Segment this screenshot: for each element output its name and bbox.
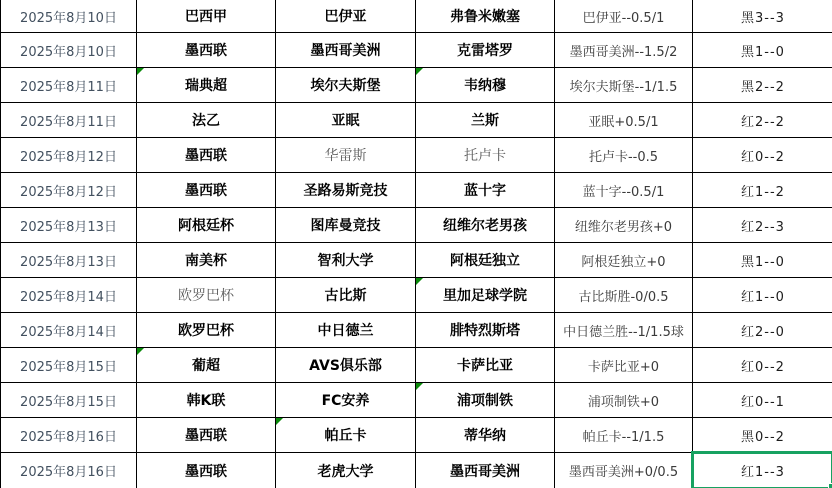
cell-league-text: 韩K联 <box>187 390 226 410</box>
error-triangle-icon <box>137 68 144 75</box>
cell-league-text: 欧罗巴杯 <box>178 285 234 305</box>
cell-date-text: 2025年8月16日 <box>20 426 117 445</box>
cell-date-text: 2025年8月14日 <box>20 286 117 305</box>
cell-league[interactable]: 巴西甲 <box>137 0 276 33</box>
cell-league[interactable]: 瑞典超 <box>137 68 276 103</box>
cell-result-text: 黑3--3 <box>741 7 785 26</box>
cell-league[interactable]: 南美杯 <box>137 243 276 278</box>
cell-handicap[interactable]: 墨西哥美洲+0/0.5 <box>555 453 693 488</box>
screenshot-stage: 2025年8月10日巴西甲巴伊亚弗鲁米嫩塞巴伊亚--0.5/1黑3--32025… <box>0 0 832 488</box>
cell-league-text: 墨西联 <box>185 461 227 481</box>
cell-home-team[interactable]: 巴伊亚 <box>276 0 416 33</box>
cell-handicap-text: 纽维尔老男孩+0 <box>575 216 672 235</box>
cell-away-team[interactable]: 卡萨比亚 <box>416 348 555 383</box>
cell-league-text: 墨西联 <box>185 425 227 445</box>
cell-date-text: 2025年8月13日 <box>20 251 117 270</box>
cell-result[interactable]: 红0--2 <box>693 348 832 383</box>
cell-league[interactable]: 欧罗巴杯 <box>137 278 276 313</box>
cell-result-text: 黑1--0 <box>741 251 785 270</box>
cell-handicap[interactable]: 埃尔夫斯堡--1/1.5 <box>555 68 693 103</box>
cell-away-team-text: 托卢卡 <box>464 145 506 165</box>
cell-result-text: 红2--2 <box>741 111 785 130</box>
cell-result[interactable]: 红1--3 <box>693 453 832 488</box>
cell-league[interactable]: 墨西联 <box>137 138 276 173</box>
cell-handicap[interactable]: 帕丘卡--1/1.5 <box>555 418 693 453</box>
cell-result-text: 红0--1 <box>741 391 785 410</box>
cell-away-team[interactable]: 墨西哥美洲 <box>416 453 555 488</box>
cell-date[interactable]: 2025年8月11日 <box>1 68 137 103</box>
cell-date[interactable]: 2025年8月13日 <box>1 208 137 243</box>
cell-handicap-text: 帕丘卡--1/1.5 <box>583 426 665 445</box>
cell-home-team[interactable]: 亚眠 <box>276 103 416 138</box>
cell-date[interactable]: 2025年8月15日 <box>1 383 137 418</box>
cell-handicap[interactable]: 中日德兰胜--1/1.5球 <box>555 313 693 348</box>
cell-handicap[interactable]: 巴伊亚--0.5/1 <box>555 0 693 33</box>
cell-date-text: 2025年8月15日 <box>20 391 117 410</box>
cell-away-team[interactable]: 托卢卡 <box>416 138 555 173</box>
cell-away-team-text: 克雷塔罗 <box>457 40 513 60</box>
cell-result-text: 黑2--2 <box>741 76 785 95</box>
cell-away-team-text: 阿根廷独立 <box>450 250 520 270</box>
cell-date[interactable]: 2025年8月16日 <box>1 453 137 488</box>
cell-date[interactable]: 2025年8月13日 <box>1 243 137 278</box>
cell-home-team[interactable]: FC安养 <box>276 383 416 418</box>
cell-league[interactable]: 墨西联 <box>137 453 276 488</box>
cell-handicap[interactable]: 古比斯胜-0/0.5 <box>555 278 693 313</box>
cell-home-team[interactable]: 帕丘卡 <box>276 418 416 453</box>
cell-home-team-text: 帕丘卡 <box>325 425 367 445</box>
cell-handicap-text: 墨西哥美洲--1.5/2 <box>570 41 678 60</box>
error-triangle-icon <box>416 383 423 390</box>
cell-result[interactable]: 黑1--0 <box>693 33 832 68</box>
cell-date[interactable]: 2025年8月12日 <box>1 138 137 173</box>
cell-away-team[interactable]: 弗鲁米嫩塞 <box>416 0 555 33</box>
cell-home-team-text: AVS俱乐部 <box>309 355 382 375</box>
cell-away-team-text: 腓特烈斯塔 <box>450 320 520 340</box>
cell-home-team-text: 亚眠 <box>332 110 360 130</box>
cell-league-text: 阿根廷杯 <box>178 215 234 235</box>
cell-away-team-text: 韦纳穆 <box>464 75 506 95</box>
cell-league-text: 墨西联 <box>185 40 227 60</box>
cell-date[interactable]: 2025年8月14日 <box>1 278 137 313</box>
cell-handicap-text: 浦项制铁+0 <box>588 391 659 410</box>
cell-handicap[interactable]: 蓝十字--0.5/1 <box>555 173 693 208</box>
cell-away-team[interactable]: 浦项制铁 <box>416 383 555 418</box>
cell-handicap[interactable]: 托卢卡--0.5 <box>555 138 693 173</box>
cell-result-text: 红1--2 <box>741 181 785 200</box>
cell-date[interactable]: 2025年8月11日 <box>1 103 137 138</box>
cell-result[interactable]: 红0--2 <box>693 138 832 173</box>
cell-result-text: 红2--3 <box>741 216 785 235</box>
cell-home-team[interactable]: 图库曼竞技 <box>276 208 416 243</box>
cell-away-team-text: 兰斯 <box>471 110 499 130</box>
cell-away-team-text: 卡萨比亚 <box>457 355 513 375</box>
cell-league-text: 南美杯 <box>185 250 227 270</box>
cell-date-text: 2025年8月13日 <box>20 216 117 235</box>
cell-league[interactable]: 欧罗巴杯 <box>137 313 276 348</box>
cell-away-team[interactable]: 纽维尔老男孩 <box>416 208 555 243</box>
cell-away-team[interactable]: 蒂华纳 <box>416 418 555 453</box>
error-triangle-icon <box>416 68 423 75</box>
cell-handicap-text: 巴伊亚--0.5/1 <box>583 7 665 26</box>
cell-handicap-text: 亚眠+0.5/1 <box>588 111 658 130</box>
cell-result-text: 红2--0 <box>741 321 785 340</box>
cell-result[interactable]: 红2--2 <box>693 103 832 138</box>
cell-home-team-text: 中日德兰 <box>318 320 374 340</box>
cell-home-team-text: 老虎大学 <box>318 461 374 481</box>
cell-away-team-text: 蒂华纳 <box>464 425 506 445</box>
cell-league[interactable]: 法乙 <box>137 103 276 138</box>
cell-league-text: 欧罗巴杯 <box>178 320 234 340</box>
cell-home-team[interactable]: 埃尔夫斯堡 <box>276 68 416 103</box>
cell-date-text: 2025年8月12日 <box>20 146 117 165</box>
cell-league-text: 法乙 <box>192 110 220 130</box>
cell-result[interactable]: 黑1--0 <box>693 243 832 278</box>
cell-league-text: 巴西甲 <box>185 6 227 26</box>
cell-league[interactable]: 阿根廷杯 <box>137 208 276 243</box>
cell-home-team[interactable]: 古比斯 <box>276 278 416 313</box>
cell-result-text: 红0--2 <box>741 146 785 165</box>
cell-handicap-text: 中日德兰胜--1/1.5球 <box>563 321 684 340</box>
cell-date[interactable]: 2025年8月15日 <box>1 348 137 383</box>
cell-date-text: 2025年8月16日 <box>20 461 117 480</box>
cell-away-team[interactable]: 腓特烈斯塔 <box>416 313 555 348</box>
cell-result-text: 黑1--0 <box>741 41 785 60</box>
cell-result[interactable]: 黑3--3 <box>693 0 832 33</box>
cell-handicap[interactable]: 卡萨比亚+0 <box>555 348 693 383</box>
cell-league[interactable]: 葡超 <box>137 348 276 383</box>
error-triangle-icon <box>416 278 423 285</box>
cell-away-team-text: 浦项制铁 <box>457 390 513 410</box>
cell-date-text: 2025年8月11日 <box>20 111 117 130</box>
cell-handicap-text: 卡萨比亚+0 <box>588 356 659 375</box>
cell-away-team[interactable]: 阿根廷独立 <box>416 243 555 278</box>
cell-away-team[interactable]: 兰斯 <box>416 103 555 138</box>
cell-home-team-text: FC安养 <box>322 390 370 410</box>
cell-result[interactable]: 红2--3 <box>693 208 832 243</box>
cell-home-team-text: 墨西哥美洲 <box>311 40 381 60</box>
cell-handicap-text: 蓝十字--0.5/1 <box>583 181 665 200</box>
cell-home-team-text: 埃尔夫斯堡 <box>311 75 381 95</box>
cell-home-team-text: 巴伊亚 <box>325 6 367 26</box>
error-triangle-icon <box>137 348 144 355</box>
spreadsheet-table: 2025年8月10日巴西甲巴伊亚弗鲁米嫩塞巴伊亚--0.5/1黑3--32025… <box>0 0 832 488</box>
cell-handicap-text: 托卢卡--0.5 <box>589 146 658 165</box>
cell-home-team-text: 智利大学 <box>318 250 374 270</box>
cell-date-text: 2025年8月10日 <box>20 7 117 26</box>
cell-handicap-text: 墨西哥美洲+0/0.5 <box>569 461 678 480</box>
cell-home-team[interactable]: AVS俱乐部 <box>276 348 416 383</box>
cell-league[interactable]: 墨西联 <box>137 418 276 453</box>
cell-home-team[interactable]: 老虎大学 <box>276 453 416 488</box>
cell-away-team-text: 弗鲁米嫩塞 <box>450 6 520 26</box>
cell-away-team[interactable]: 克雷塔罗 <box>416 33 555 68</box>
cell-home-team-text: 古比斯 <box>325 285 367 305</box>
cell-result[interactable]: 黑0--2 <box>693 418 832 453</box>
cell-handicap-text: 埃尔夫斯堡--1/1.5 <box>570 76 678 95</box>
cell-league-text: 瑞典超 <box>185 75 227 95</box>
cell-home-team-text: 华雷斯 <box>325 145 367 165</box>
cell-league-text: 葡超 <box>192 355 220 375</box>
cell-home-team[interactable]: 智利大学 <box>276 243 416 278</box>
cell-away-team-text: 墨西哥美洲 <box>450 461 520 481</box>
cell-league[interactable]: 墨西联 <box>137 173 276 208</box>
cell-date-text: 2025年8月12日 <box>20 181 117 200</box>
cell-home-team-text: 图库曼竞技 <box>311 215 381 235</box>
cell-result[interactable]: 黑2--2 <box>693 68 832 103</box>
cell-date-text: 2025年8月15日 <box>20 356 117 375</box>
cell-result[interactable]: 红0--1 <box>693 383 832 418</box>
cell-away-team-text: 里加足球学院 <box>443 285 527 305</box>
cell-handicap-text: 古比斯胜-0/0.5 <box>578 286 668 305</box>
cell-handicap[interactable]: 墨西哥美洲--1.5/2 <box>555 33 693 68</box>
cell-handicap[interactable]: 亚眠+0.5/1 <box>555 103 693 138</box>
cell-away-team[interactable]: 韦纳穆 <box>416 68 555 103</box>
cell-handicap-text: 阿根廷独立+0 <box>581 251 665 270</box>
cell-result-text: 红1--0 <box>741 286 785 305</box>
cell-date[interactable]: 2025年8月14日 <box>1 313 137 348</box>
cell-date-text: 2025年8月10日 <box>20 41 117 60</box>
cell-date[interactable]: 2025年8月10日 <box>1 0 137 33</box>
cell-league[interactable]: 墨西联 <box>137 33 276 68</box>
cell-handicap[interactable]: 浦项制铁+0 <box>555 383 693 418</box>
cell-result[interactable]: 红1--0 <box>693 278 832 313</box>
cell-result[interactable]: 红1--2 <box>693 173 832 208</box>
cell-home-team[interactable]: 圣路易斯竞技 <box>276 173 416 208</box>
cell-date[interactable]: 2025年8月10日 <box>1 33 137 68</box>
cell-result-text: 黑0--2 <box>741 426 785 445</box>
cell-date-text: 2025年8月14日 <box>20 321 117 340</box>
cell-home-team-text: 圣路易斯竞技 <box>304 180 388 200</box>
cell-home-team[interactable]: 中日德兰 <box>276 313 416 348</box>
cell-result-text: 红0--2 <box>741 356 785 375</box>
cell-result-text: 红1--3 <box>741 461 785 480</box>
cell-date-text: 2025年8月11日 <box>20 76 117 95</box>
cell-result[interactable]: 红2--0 <box>693 313 832 348</box>
cell-home-team[interactable]: 墨西哥美洲 <box>276 33 416 68</box>
fill-handle[interactable] <box>828 483 832 488</box>
cell-handicap[interactable]: 纽维尔老男孩+0 <box>555 208 693 243</box>
cell-home-team[interactable]: 华雷斯 <box>276 138 416 173</box>
cell-away-team[interactable]: 蓝十字 <box>416 173 555 208</box>
cell-league-text: 墨西联 <box>185 145 227 165</box>
cell-away-team-text: 纽维尔老男孩 <box>443 215 527 235</box>
cell-league[interactable]: 韩K联 <box>137 383 276 418</box>
cell-away-team[interactable]: 里加足球学院 <box>416 278 555 313</box>
cell-handicap[interactable]: 阿根廷独立+0 <box>555 243 693 278</box>
cell-date[interactable]: 2025年8月16日 <box>1 418 137 453</box>
cell-date[interactable]: 2025年8月12日 <box>1 173 137 208</box>
error-triangle-icon <box>276 418 283 425</box>
cell-away-team-text: 蓝十字 <box>464 180 506 200</box>
cell-league-text: 墨西联 <box>185 180 227 200</box>
